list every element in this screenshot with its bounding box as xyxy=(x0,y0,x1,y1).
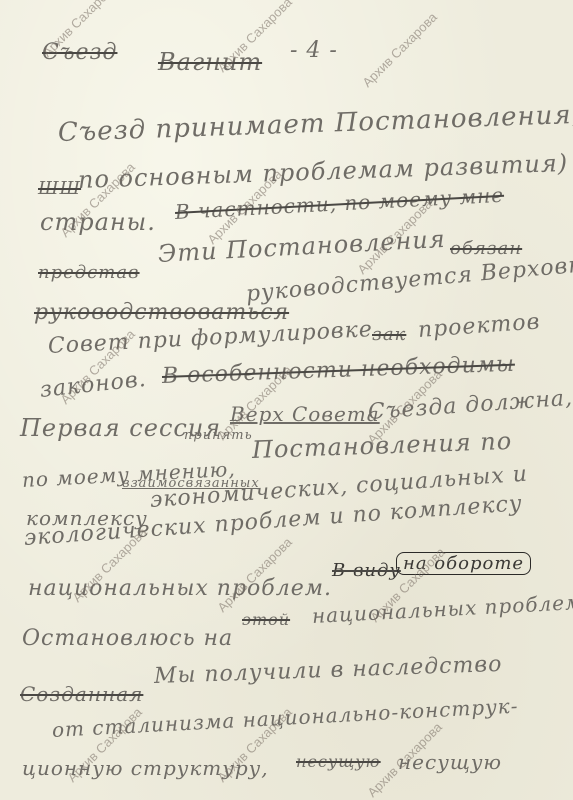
on-reverse-note: на обороте xyxy=(396,552,531,575)
line-14-text: Остановлюсь на xyxy=(22,626,233,651)
line-15-text: Мы получили в наследство xyxy=(154,652,503,689)
line-14-struck: этой xyxy=(242,610,290,629)
line-4-struck-2: обязан xyxy=(450,238,522,259)
page-number: - 4 - xyxy=(290,38,338,63)
line-17-text-2: несущую xyxy=(398,750,502,774)
struck-header-word: Вагнит xyxy=(158,48,262,76)
line-9-text-2: Постановления по xyxy=(252,427,513,464)
line-4-struck: представ xyxy=(38,262,140,283)
line-1: Съезд принимает Постановления, xyxy=(57,100,573,148)
line-14-text-2: национальных проблемах. xyxy=(311,588,573,628)
struck-header-word: Съезд xyxy=(42,40,117,65)
line-13-struck: В виду xyxy=(332,560,401,581)
line-15-struck: Созданная xyxy=(20,682,143,706)
line-7-text: законов. xyxy=(39,367,148,403)
line-8-text: Верх Совета xyxy=(230,402,380,426)
line-17-struck: несущую xyxy=(296,752,381,771)
line-17-text: ционную структуру, xyxy=(22,756,269,780)
struck-word: ШШ xyxy=(38,178,81,199)
watermark: Архив Сахарова xyxy=(214,535,294,615)
manuscript-page: Съезд Вагнит - 4 - Съезд принимает Поста… xyxy=(0,0,573,800)
watermark: Архив Сахарова xyxy=(359,10,439,90)
line-6-text-2: проектов xyxy=(417,309,541,342)
line-13-text: национальных проблем. xyxy=(28,576,332,601)
line-3-struck: В частности, по моему мне xyxy=(174,183,504,224)
line-4-text: Эти Постановления xyxy=(157,225,446,268)
line-9-insert: принять xyxy=(184,428,253,443)
line-6-struck: зак xyxy=(372,324,406,345)
line-7-struck: В особенности необходимы xyxy=(162,352,516,389)
line-8-text-2: Съезда должна, xyxy=(367,386,573,425)
line-3-text: страны. xyxy=(40,208,156,236)
